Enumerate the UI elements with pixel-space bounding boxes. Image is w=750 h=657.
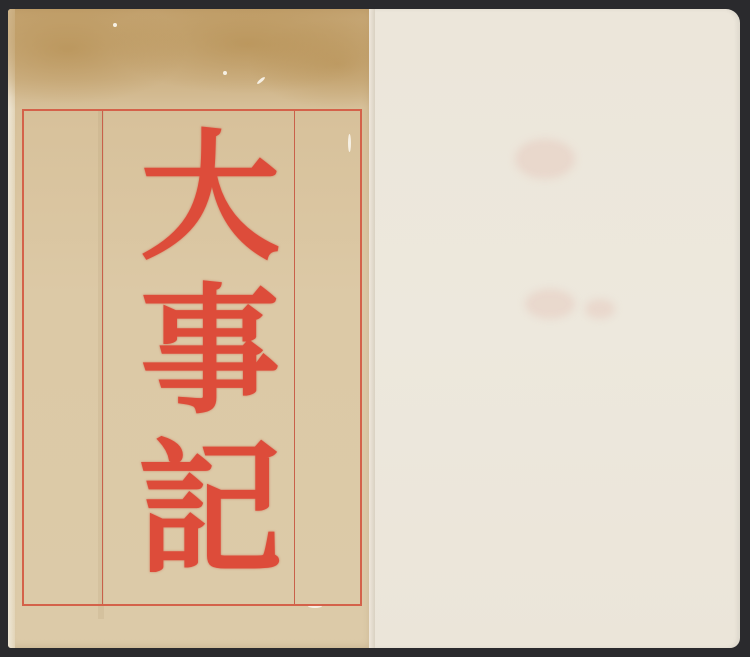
ink-ghost-mark <box>585 299 615 319</box>
book-spread: 大 事 記 <box>0 0 750 657</box>
title-char-2: 事 <box>140 282 280 422</box>
cover-page: 大 事 記 <box>8 9 371 648</box>
title-frame: 大 事 記 <box>22 109 362 606</box>
blank-page <box>375 9 740 648</box>
title-char-3: 記 <box>137 437 283 583</box>
ink-ghost-mark <box>515 139 575 179</box>
paper-speck <box>113 23 117 27</box>
water-stain <box>8 9 371 109</box>
ink-ghost-mark <box>525 289 575 319</box>
title-column: 大 事 記 <box>114 113 306 604</box>
paper-speck <box>223 71 227 75</box>
title-char-1: 大 <box>140 128 280 268</box>
column-rule-left <box>102 111 103 604</box>
